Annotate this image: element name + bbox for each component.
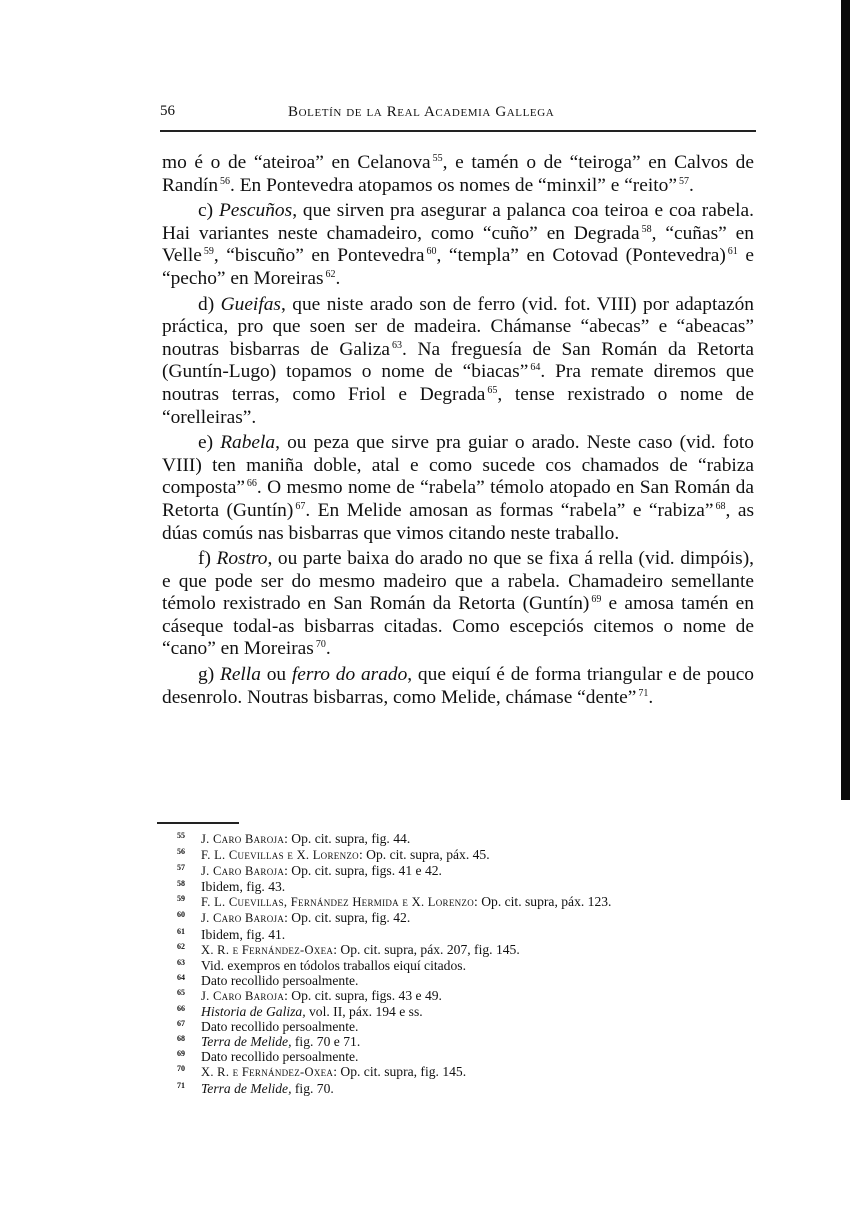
footnote: 63Vid. exempros en tódolos traballos eiq…	[177, 958, 767, 973]
footnote-text: J. Caro Baroja: Op. cit. supra, fig. 44.	[201, 831, 410, 847]
footnote-number: 63	[177, 955, 201, 970]
footnote: 65J. Caro Baroja: Op. cit. supra, figs. …	[177, 988, 767, 1004]
footnote: 56F. L. Cuevillas e X. Lorenzo: Op. cit.…	[177, 847, 767, 863]
footnote-text: X. R. e Fernández-Oxea: Op. cit. supra, …	[201, 942, 520, 958]
list-item: c) Pescuños, que sirven pra asegurar a p…	[162, 200, 754, 290]
footnote-ref[interactable]: 71	[638, 688, 648, 699]
footnote-text: J. Caro Baroja: Op. cit. supra, fig. 42.	[201, 910, 410, 926]
footnote-text: Terra de Melide, fig. 70.	[201, 1081, 334, 1096]
footnote-number: 70	[177, 1061, 201, 1077]
footnote-number: 62	[177, 939, 201, 955]
footnote-ref[interactable]: 68	[716, 501, 726, 512]
page-header: 56 Boletín de la Real Academia Gallega	[160, 103, 756, 123]
footnote: 67Dato recollido persoalmente.	[177, 1019, 767, 1034]
footnote-text: Terra de Melide, fig. 70 e 71.	[201, 1034, 360, 1049]
footnote-number: 60	[177, 907, 201, 923]
footnote: 68Terra de Melide, fig. 70 e 71.	[177, 1034, 767, 1049]
footnote-number: 59	[177, 891, 201, 907]
term: Pescuños	[219, 200, 292, 221]
author-name: F. L. Cuevillas e X. Lorenzo	[201, 848, 359, 862]
author-name: X. R. e Fernández-Oxea	[201, 943, 333, 957]
footnote-rule	[157, 822, 239, 824]
footnote: 60J. Caro Baroja: Op. cit. supra, fig. 4…	[177, 910, 767, 926]
item-list: c) Pescuños, que sirven pra asegurar a p…	[162, 200, 754, 709]
footnote-ref[interactable]: 65	[487, 385, 497, 396]
paragraph-continuation: mo é o de “ateiroa” en Celanova55, e tam…	[162, 152, 754, 197]
footnote-number: 65	[177, 985, 201, 1001]
footnote-ref[interactable]: 66	[247, 478, 257, 489]
footnote: 64Dato recollido persoalmente.	[177, 973, 767, 988]
footnote-ref[interactable]: 60	[427, 246, 437, 257]
footnote-ref[interactable]: 58	[642, 224, 652, 235]
footnote-text: Ibidem, fig. 41.	[201, 927, 285, 942]
footnote-text: J. Caro Baroja: Op. cit. supra, figs. 43…	[201, 988, 442, 1004]
footnote-ref[interactable]: 70	[316, 639, 326, 650]
footnote: 66Historia de Galiza, vol. II, páx. 194 …	[177, 1004, 767, 1019]
footnote-ref[interactable]: 57	[679, 176, 689, 187]
header-rule	[160, 130, 756, 132]
footnote-text: F. L. Cuevillas e X. Lorenzo: Op. cit. s…	[201, 847, 490, 863]
footnote: 58Ibidem, fig. 43.	[177, 879, 767, 894]
scan-border	[841, 0, 850, 800]
footnote-number: 68	[177, 1031, 201, 1046]
footnote-ref[interactable]: 67	[295, 501, 305, 512]
footnote-ref[interactable]: 59	[204, 246, 214, 257]
list-item: e) Rabela, ou peza que sirve pra guiar o…	[162, 432, 754, 545]
footnote-number: 56	[177, 844, 201, 860]
footnote-number: 66	[177, 1001, 201, 1016]
term: Rella	[220, 664, 261, 685]
footnote-number: 67	[177, 1016, 201, 1031]
term: Rabela	[220, 432, 275, 453]
footnote: 59F. L. Cuevillas, Fernández Hermida e X…	[177, 894, 767, 910]
footnote-text: F. L. Cuevillas, Fernández Hermida e X. …	[201, 894, 611, 910]
footnote-text: X. R. e Fernández-Oxea: Op. cit. supra, …	[201, 1064, 466, 1080]
footnote-text: Vid. exempros en tódolos traballos eiquí…	[201, 958, 466, 973]
author-name: J. Caro Baroja	[201, 989, 284, 1003]
term: Rostro	[217, 548, 268, 569]
footnote-number: 57	[177, 860, 201, 876]
author-name: X. R. e Fernández-Oxea	[201, 1065, 333, 1079]
footnote: 61Ibidem, fig. 41.	[177, 927, 767, 942]
footnote-text: Dato recollido persoalmente.	[201, 1019, 358, 1034]
footnote-text: Ibidem, fig. 43.	[201, 879, 285, 894]
footnote: 62X. R. e Fernández-Oxea: Op. cit. supra…	[177, 942, 767, 958]
footnote: 57J. Caro Baroja: Op. cit. supra, figs. …	[177, 863, 767, 879]
work-title: Historia de Galiza,	[201, 1004, 306, 1019]
footnote: 71Terra de Melide, fig. 70.	[177, 1081, 767, 1096]
author-name: F. L. Cuevillas, Fernández Hermida e X. …	[201, 895, 474, 909]
footnote-ref[interactable]: 63	[392, 340, 402, 351]
footnote-ref[interactable]: 61	[728, 246, 738, 257]
footnotes: 55J. Caro Baroja: Op. cit. supra, fig. 4…	[177, 831, 767, 1096]
footnote: 55J. Caro Baroja: Op. cit. supra, fig. 4…	[177, 831, 767, 847]
body-text: mo é o de “ateiroa” en Celanova55, e tam…	[162, 152, 754, 709]
footnote-number: 61	[177, 924, 201, 939]
author-name: J. Caro Baroja	[201, 911, 284, 925]
footnote-text: Dato recollido persoalmente.	[201, 1049, 358, 1064]
work-title: Terra de Melide,	[201, 1081, 292, 1096]
footnote-ref[interactable]: 55	[433, 153, 443, 164]
list-item: f) Rostro, ou parte baixa do arado no qu…	[162, 548, 754, 661]
footnote-number: 69	[177, 1046, 201, 1061]
footnote-text: Historia de Galiza, vol. II, páx. 194 e …	[201, 1004, 423, 1019]
work-title: Terra de Melide,	[201, 1034, 292, 1049]
footnote-number: 71	[177, 1078, 201, 1093]
list-item: d) Gueifas, que niste arado son de ferro…	[162, 294, 754, 430]
footnote-ref[interactable]: 69	[591, 594, 601, 605]
footnote-number: 64	[177, 970, 201, 985]
footnote-ref[interactable]: 56	[220, 176, 230, 187]
footnote: 69Dato recollido persoalmente.	[177, 1049, 767, 1064]
footnote: 70X. R. e Fernández-Oxea: Op. cit. supra…	[177, 1064, 767, 1080]
footnote-number: 55	[177, 828, 201, 844]
page-number: 56	[160, 103, 175, 120]
term: Gueifas	[221, 294, 281, 315]
list-item: g) Rella ou ferro do arado, que eiquí é …	[162, 664, 754, 709]
term: ferro do arado	[292, 664, 407, 685]
footnote-ref[interactable]: 62	[326, 269, 336, 280]
footnote-text: J. Caro Baroja: Op. cit. supra, figs. 41…	[201, 863, 442, 879]
author-name: J. Caro Baroja	[201, 864, 284, 878]
footnote-ref[interactable]: 64	[530, 362, 540, 373]
footnote-number: 58	[177, 876, 201, 891]
footnote-text: Dato recollido persoalmente.	[201, 973, 358, 988]
running-title: Boletín de la Real Academia Gallega	[288, 104, 554, 121]
author-name: J. Caro Baroja	[201, 832, 284, 846]
